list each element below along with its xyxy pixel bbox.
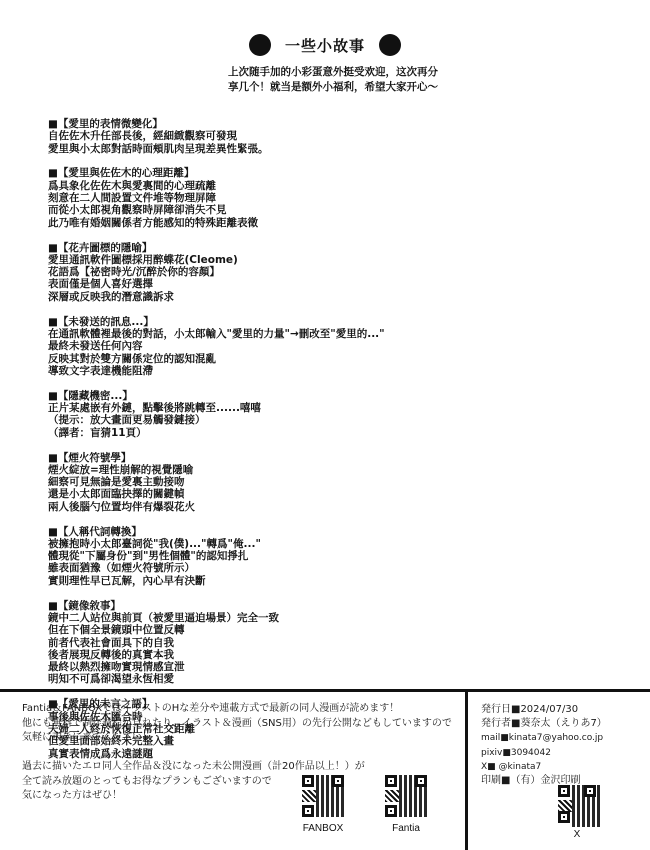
promo-line: 過去に描いたエロ同人全作品＆没になった未公開漫画（計20作品以上！）が <box>22 760 462 775</box>
section-line: 前者代表社會面具下的自我 <box>48 637 448 649</box>
story-sections: ■【愛里的表情微變化】 自佐佐木升任部長後，經細緻觀察可發現 愛里與小太郎對話時… <box>48 118 448 772</box>
qr-label-fantia: Fantia <box>371 823 441 834</box>
section-line: 明知不可爲卻渴望永恆相愛 <box>48 673 448 685</box>
section-heading: ■【愛里的表情微變化】 <box>48 118 448 130</box>
section-line: 正片某處嵌有外鏈，點擊後將跳轉至......嘻嘻 <box>48 402 448 414</box>
publish-date: 発行日■2024/07/30 <box>481 703 649 717</box>
promo-line: 他にも無料で制作過程が見れたり、イラスト＆漫画（SNS用）の先行公開などもしてい… <box>22 717 462 732</box>
section-heading: ■【煙火符號學】 <box>48 452 448 464</box>
section-line: 後者展現反轉後的真實本我 <box>48 649 448 661</box>
bullet-dot-left-icon <box>249 34 271 56</box>
section-line: 煙火綻放=理性崩解的視覺隱喻 <box>48 464 448 476</box>
page-title: 一些小故事 <box>285 35 365 56</box>
page-title-row: 一些小故事 <box>0 34 650 56</box>
section-flower-icon: ■【花卉圖標的隱喻】 愛里通訊軟件圖標採用醉蝶花(Cleome) 花語爲【祕密時… <box>48 242 448 303</box>
section-line: 還是小太郎面臨抉擇的關鍵幀 <box>48 488 448 500</box>
section-heading: ■【隱藏機密...】 <box>48 390 448 402</box>
section-heading: ■【未發送的訊息...】 <box>48 316 448 328</box>
section-heading: ■【花卉圖標的隱喻】 <box>48 242 448 254</box>
qr-label-x: X <box>542 829 612 840</box>
promo-line: Fantia＆FANBOXではイラストのHな差分や連載方式で最新の同人漫画が読め… <box>22 702 462 717</box>
intro-line: 上次随手加的小彩蛋意外挺受欢迎，这次再分 <box>228 65 438 80</box>
qr-code-icon[interactable] <box>385 775 427 817</box>
section-psychological-distance: ■【愛里與佐佐木的心理距離】 爲具象化佐佐木與愛裏間的心理疏離 刻意在二人間設置… <box>48 167 448 228</box>
section-line: 最終未發送任何內容 <box>48 340 448 352</box>
section-line: 雖表面猶豫（如煙火符號所示） <box>48 562 448 574</box>
section-hidden-secret: ■【隱藏機密...】 正片某處嵌有外鏈，點擊後將跳轉至......嘻嘻 （提示：… <box>48 390 448 439</box>
section-line: 而從小太郎視角觀察時屏障卻消失不見 <box>48 204 448 216</box>
x-handle[interactable]: X■ @kinata7 <box>481 760 649 774</box>
section-line: 實則理性早已瓦解，內心早有決斷 <box>48 575 448 587</box>
qr-code-icon[interactable] <box>558 785 596 823</box>
qr-label-fanbox: FANBOX <box>288 823 358 834</box>
section-line: 最終以熱烈擁吻實現情感宣泄 <box>48 661 448 673</box>
section-line: 愛里與小太郎對話時面頰肌肉呈現差異性緊張。 <box>48 143 448 155</box>
footer-divider-vertical <box>465 689 468 850</box>
section-expression: ■【愛里的表情微變化】 自佐佐木升任部長後，經細緻觀察可發現 愛里與小太郎對話時… <box>48 118 448 155</box>
section-heading: ■【人稱代詞轉換】 <box>48 526 448 538</box>
section-unsent-message: ■【未發送的訊息...】 在通訊軟體裡最後的對話，小太郎輸入"愛里的力量"→刪改… <box>48 316 448 377</box>
section-line: 但在下個全景鏡頭中位置反轉 <box>48 624 448 636</box>
section-line: 花語爲【祕密時光/沉醉於你的容顏】 <box>48 266 448 278</box>
section-line: 愛里通訊軟件圖標採用醉蝶花(Cleome) <box>48 254 448 266</box>
section-line: 導致文字表達機能阻滯 <box>48 365 448 377</box>
section-line: 表面僅是個人喜好選擇 <box>48 278 448 290</box>
section-heading: ■【愛里與佐佐木的心理距離】 <box>48 167 448 179</box>
qr-x[interactable]: X <box>542 785 612 840</box>
section-mirror-narrative: ■【鏡像敘事】 鏡中二人站位與前頁（被愛里逼迫場景）完全一致 但在下個全景鏡頭中… <box>48 600 448 686</box>
section-heading: ■【鏡像敘事】 <box>48 600 448 612</box>
section-line: 刻意在二人間設置文件堆等物理屏障 <box>48 192 448 204</box>
publisher: 発行者■葵奈太（えりあ7） <box>481 717 649 731</box>
bullet-dot-right-icon <box>379 34 401 56</box>
section-fireworks: ■【煙火符號學】 煙火綻放=理性崩解的視覺隱喻 細察可見無論是愛裏主動接吻 還是… <box>48 452 448 513</box>
qr-fanbox[interactable]: FANBOX <box>288 775 358 834</box>
promo-paragraph: Fantia＆FANBOXではイラストのHな差分や連載方式で最新の同人漫画が読め… <box>22 702 462 746</box>
section-line: 爲具象化佐佐木與愛裏間的心理疏離 <box>48 180 448 192</box>
section-line: （譯者：盲猜11頁） <box>48 427 448 439</box>
qr-fantia[interactable]: Fantia <box>371 775 441 834</box>
intro-line: 享几个！就当是额外小福利，希望大家开心～ <box>228 80 438 95</box>
section-line: （提示：放大畫面更易觸發鏈接） <box>48 414 448 426</box>
section-line: 鏡中二人站位與前頁（被愛里逼迫場景）完全一致 <box>48 612 448 624</box>
section-line: 此乃唯有婚姻關係者方能感知的特殊距離表徵 <box>48 217 448 229</box>
pixiv-id[interactable]: pixiv■3094042 <box>481 746 649 760</box>
promo-line: 気軽に覗きに来てください！ <box>22 731 462 746</box>
section-line: 深層或反映我的潛意識訴求 <box>48 291 448 303</box>
section-pronoun-shift: ■【人稱代詞轉換】 被擁抱時小太郎臺詞從"我(僕)..."轉爲"俺..." 體現… <box>48 526 448 587</box>
section-line: 細察可見無論是愛裏主動接吻 <box>48 476 448 488</box>
intro-text: 上次随手加的小彩蛋意外挺受欢迎，这次再分 享几个！就当是额外小福利，希望大家开心… <box>228 65 438 95</box>
section-line: 被擁抱時小太郎臺詞從"我(僕)..."轉爲"俺..." <box>48 538 448 550</box>
section-line: 兩人後腦勺位置均伴有爆裂花火 <box>48 501 448 513</box>
section-line: 自佐佐木升任部長後，經細緻觀察可發現 <box>48 130 448 142</box>
section-line: 在通訊軟體裡最後的對話，小太郎輸入"愛里的力量"→刪改至"愛里的..." <box>48 328 448 340</box>
colophon: 発行日■2024/07/30 発行者■葵奈太（えりあ7） mail■kinata… <box>481 703 649 788</box>
qr-code-icon[interactable] <box>302 775 344 817</box>
section-line: 體現從"下屬身份"到"男性個體"的認知掙扎 <box>48 550 448 562</box>
contact-mail[interactable]: mail■kinata7@yahoo.co.jp <box>481 731 649 745</box>
section-line: 反映其對於雙方關係定位的認知混亂 <box>48 353 448 365</box>
footer-divider-horizontal <box>0 689 650 692</box>
